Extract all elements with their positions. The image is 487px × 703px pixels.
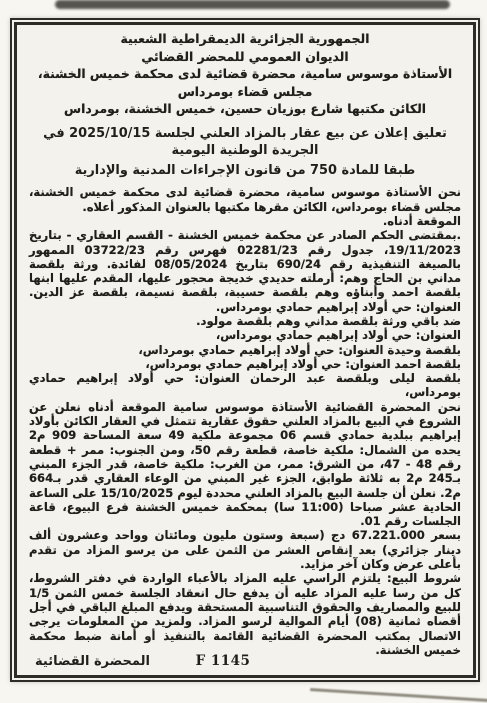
notice-body: نحن الأستاذة موسوس سامية، محضرة قضائية ل… bbox=[29, 185, 461, 657]
notice-title: تعليق إعلان عن بيع عقار بالمزاد العلني ل… bbox=[29, 125, 461, 160]
body-paragraph: الموقعة أدناه. bbox=[29, 214, 461, 228]
header-office-line: الديوان العمومي للمحضر القضائي bbox=[29, 48, 461, 66]
notice-subtitle: طبقا للمادة 750 من قانون الإجراءات المدن… bbox=[29, 162, 461, 179]
body-paragraph: نحن المحضرة القضائية الأستاذة موسوس سامي… bbox=[29, 400, 461, 529]
body-paragraph: بسعر 67.221.000 دج (سبعة وستون مليون وما… bbox=[29, 528, 461, 571]
body-paragraph: العنوان: حي أولاد إبراهيم حمادي بومرداس، bbox=[29, 328, 461, 342]
header-address-line: الكائن مكتبها شارع بوزيان حسين، خميس الخ… bbox=[29, 100, 461, 118]
scan-artifact-top bbox=[55, 0, 450, 9]
scan-artifact-bottom bbox=[310, 688, 487, 702]
body-paragraph: بلقصة احمد العنوان: حي أولاد إبراهيم حما… bbox=[29, 357, 461, 371]
notice-title-block: تعليق إعلان عن بيع عقار بالمزاد العلني ل… bbox=[29, 125, 461, 179]
body-paragraph: ضد باقي ورثة بلقصة مداني وهم بلقصة مولود… bbox=[29, 314, 461, 328]
body-paragraph: بلقصة وحيدة العنوان: حي أولاد إبراهيم حم… bbox=[29, 343, 461, 357]
body-paragraph: نحن الأستاذة موسوس سامية، محضرة قضائية ل… bbox=[29, 185, 461, 214]
header-bailiff-line: الأستاذة موسوس سامية، محضرة قضائية لدى م… bbox=[29, 65, 461, 100]
body-paragraph: شروط البيع: يلتزم الراسي عليه المزاد بال… bbox=[29, 571, 461, 657]
document-header: الجمهورية الجزائرية الديمقراطية الشعبية … bbox=[29, 30, 461, 118]
document-frame: الجمهورية الجزائرية الديمقراطية الشعبية … bbox=[14, 22, 476, 678]
document-footer: المحضرة القضائية F 1145 bbox=[29, 657, 461, 671]
body-paragraph: .بمقتضى الحكم الصادر عن محكمة خميس الخشن… bbox=[29, 228, 461, 314]
body-paragraph: بلقصة ليلى وبلقصة عبد الرحمان العنوان: ح… bbox=[29, 371, 461, 400]
reference-number: F 1145 bbox=[29, 653, 417, 669]
header-republic-line: الجمهورية الجزائرية الديمقراطية الشعبية bbox=[29, 30, 461, 48]
notice-paper: الجمهورية الجزائرية الديمقراطية الشعبية … bbox=[10, 18, 480, 682]
